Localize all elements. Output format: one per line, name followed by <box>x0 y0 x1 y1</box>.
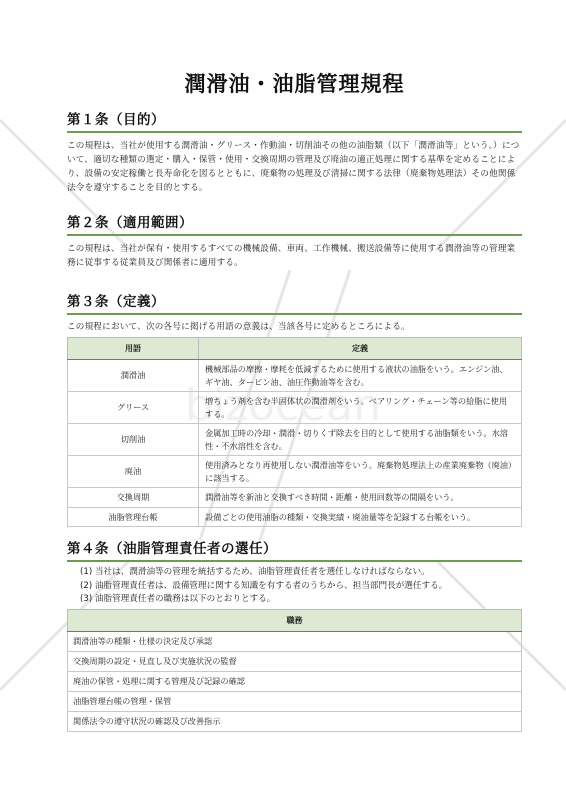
article-2-heading: 第２条（適用範囲） <box>67 211 522 236</box>
article-1-text: この規程は、当社が使用する潤滑油・グリース・作動油・切削油その他の油脂類（以下「… <box>67 139 522 195</box>
list-item: (1) 当社は、潤滑油等の管理を統括するため、油脂管理責任者を選任しなければなら… <box>80 566 522 580</box>
duty-cell: 関係法令の遵守状況の確認及び改善指示 <box>68 711 522 731</box>
article-4: 第４条（油脂管理責任者の選任） (1) 当社は、潤滑油等の管理を統括するため、油… <box>67 537 522 732</box>
table-row: 交換周期 潤滑油等を新油と交換すべき時間・距離・使用回数等の間隔をいう。 <box>68 488 522 508</box>
definition-cell: 使用済みとなり再使用しない潤滑油等をいう。廃棄物処理法上の産業廃棄物（廃油）に該… <box>199 456 522 488</box>
definition-cell: 潤滑油等を新油と交換すべき時間・距離・使用回数等の間隔をいう。 <box>199 488 522 508</box>
article-3-heading: 第３条（定義） <box>67 290 522 315</box>
col-header-duty: 職務 <box>68 609 522 631</box>
table-row: 油脂管理台帳の管理・保管 <box>68 691 522 711</box>
col-header-term: 用語 <box>68 338 199 360</box>
article-4-items: (1) 当社は、潤滑油等の管理を統括するため、油脂管理責任者を選任しなければなら… <box>67 566 522 607</box>
article-4-heading: 第４条（油脂管理責任者の選任） <box>67 537 522 562</box>
article-2: 第２条（適用範囲） この規程は、当社が保有・使用するすべての機械設備、車両、工作… <box>67 211 522 270</box>
table-row: 廃油 使用済みとなり再使用しない潤滑油等をいう。廃棄物処理法上の産業廃棄物（廃油… <box>68 456 522 488</box>
term-cell: 廃油 <box>68 456 199 488</box>
duty-cell: 廃油の保管・処理に関する管理及び記録の確認 <box>68 671 522 691</box>
col-header-definition: 定義 <box>199 338 522 360</box>
term-cell: 交換周期 <box>68 488 199 508</box>
term-cell: グリース <box>68 392 199 424</box>
list-item: (2) 油脂管理責任者は、設備管理に関する知識を有する者のうちから、担当部門長が… <box>80 580 522 594</box>
table-row: 廃油の保管・処理に関する管理及び記録の確認 <box>68 671 522 691</box>
duty-cell: 潤滑油等の種類・仕様の決定及び承認 <box>68 631 522 651</box>
duty-cell: 交換周期の設定・見直し及び実施状況の監督 <box>68 651 522 671</box>
article-2-text: この規程は、当社が保有・使用するすべての機械設備、車両、工作機械、搬送設備等に使… <box>67 242 522 270</box>
table-row: グリース 増ちょう剤を含む半固体状の潤滑剤をいう。ベアリング・チェーン等の給脂に… <box>68 392 522 424</box>
term-cell: 潤滑油 <box>68 360 199 392</box>
definition-cell: 金属加工時の冷却・潤滑・切りくず除去を目的として使用する油脂類をいう。水溶性・不… <box>199 424 522 456</box>
definition-cell: 設備ごとの使用油脂の種類・交換実績・廃油量等を記録する台帳をいう。 <box>199 507 522 527</box>
definition-cell: 増ちょう剤を含む半固体状の潤滑剤をいう。ベアリング・チェーン等の給脂に使用する。 <box>199 392 522 424</box>
article-3-text: この規程において、次の各号に掲げる用語の意義は、当該各号に定めるところによる。 <box>67 320 522 334</box>
definitions-table: 用語 定義 潤滑油 機械部品の摩擦・摩耗を低減するために使用する液状の油脂をいう… <box>67 337 522 527</box>
list-item: (3) 油脂管理責任者の職務は以下のとおりとする。 <box>80 593 522 607</box>
article-1: 第１条（目的） この規程は、当社が使用する潤滑油・グリース・作動油・切削油その他… <box>67 108 522 195</box>
duties-table: 職務 潤滑油等の種類・仕様の決定及び承認 交換周期の設定・見直し及び実施状況の監… <box>67 609 522 732</box>
term-cell: 油脂管理台帳 <box>68 507 199 527</box>
article-3: 第３条（定義） この規程において、次の各号に掲げる用語の意義は、当該各号に定める… <box>67 290 522 527</box>
table-row: 油脂管理台帳 設備ごとの使用油脂の種類・交換実績・廃油量等を記録する台帳をいう。 <box>68 507 522 527</box>
duty-cell: 油脂管理台帳の管理・保管 <box>68 691 522 711</box>
document-title: 潤滑油・油脂管理規程 <box>67 68 522 98</box>
term-cell: 切削油 <box>68 424 199 456</box>
table-row: 関係法令の遵守状況の確認及び改善指示 <box>68 711 522 731</box>
table-row: 切削油 金属加工時の冷却・潤滑・切りくず除去を目的として使用する油脂類をいう。水… <box>68 424 522 456</box>
table-row: 潤滑油 機械部品の摩擦・摩耗を低減するために使用する液状の油脂をいう。エンジン油… <box>68 360 522 392</box>
article-1-heading: 第１条（目的） <box>67 108 522 133</box>
table-row: 潤滑油等の種類・仕様の決定及び承認 <box>68 631 522 651</box>
definition-cell: 機械部品の摩擦・摩耗を低減するために使用する液状の油脂をいう。エンジン油、ギヤ油… <box>199 360 522 392</box>
table-row: 交換周期の設定・見直し及び実施状況の監督 <box>68 651 522 671</box>
